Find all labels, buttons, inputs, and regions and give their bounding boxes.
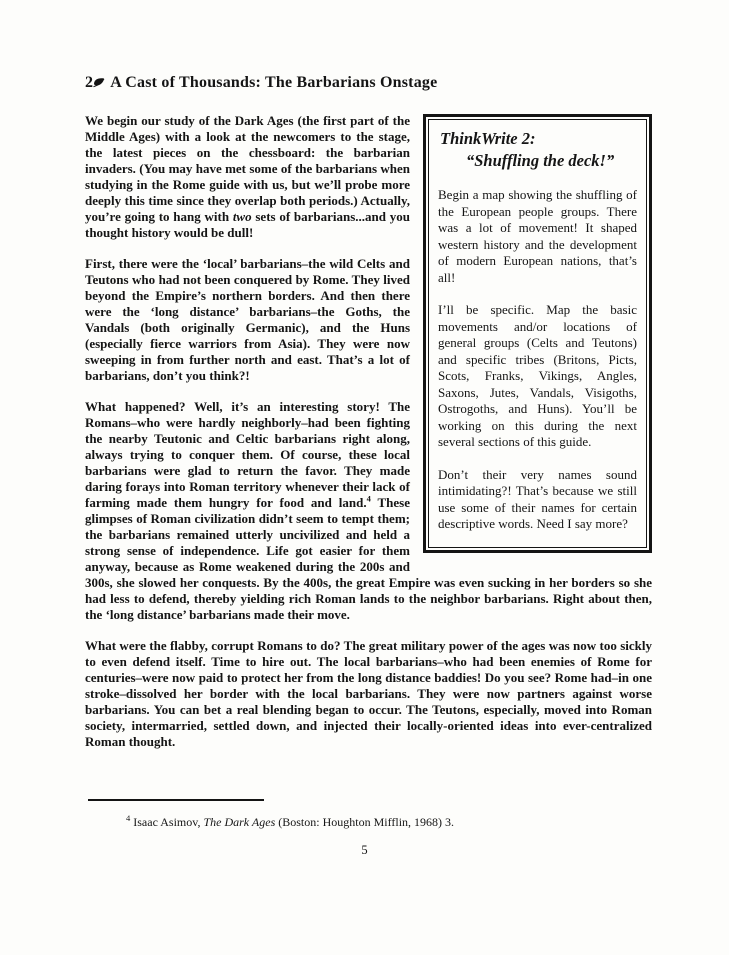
paragraph: I’ll be specific. Map the basic movement…	[438, 302, 637, 451]
chapter-title: 2A Cast of Thousands: The Barbarians Ons…	[85, 74, 645, 92]
chapter-title-text: A Cast of Thousands: The Barbarians Onst…	[110, 74, 437, 91]
chapter-number: 2	[85, 74, 93, 91]
fleuron-icon	[93, 75, 105, 93]
footnote-separator-rule	[88, 799, 264, 801]
footnote: 4 Isaac Asimov, The Dark Ages (Boston: H…	[126, 815, 566, 830]
thinkwrite-sidebar-box: ThinkWrite 2: “Shuffling the deck!” Begi…	[423, 114, 652, 553]
paragraph: Don’t their very names sound intimidatin…	[438, 467, 637, 533]
thinkwrite-paragraphs: Begin a map showing the shuffling of the…	[438, 187, 637, 533]
thinkwrite-sidebar-inner: ThinkWrite 2: “Shuffling the deck!” Begi…	[428, 119, 647, 548]
thinkwrite-heading: ThinkWrite 2:	[440, 129, 637, 149]
body-text-flow: ThinkWrite 2: “Shuffling the deck!” Begi…	[85, 113, 652, 765]
paragraph: Begin a map showing the shuffling of the…	[438, 187, 637, 286]
scanned-document-page: 2A Cast of Thousands: The Barbarians Ons…	[0, 0, 729, 955]
page-number: 5	[0, 843, 729, 858]
paragraph: What were the flabby, corrupt Romans to …	[85, 638, 652, 750]
thinkwrite-subheading: “Shuffling the deck!”	[466, 151, 637, 171]
